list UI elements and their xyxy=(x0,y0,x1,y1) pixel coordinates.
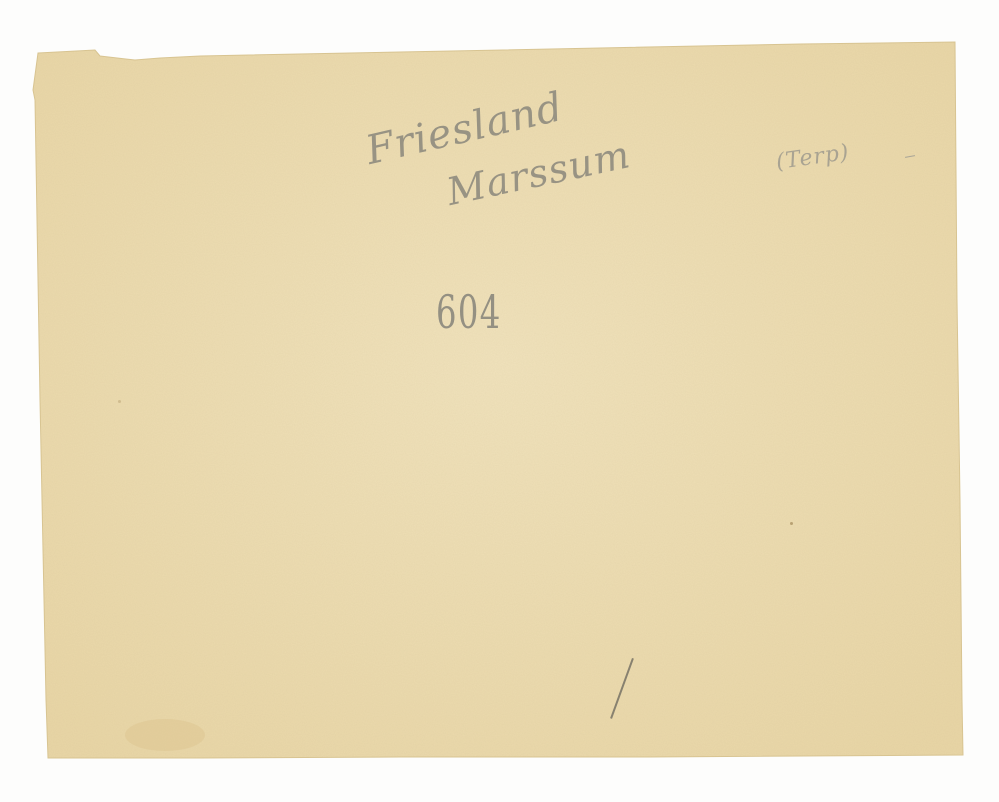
paper-spot xyxy=(118,400,121,403)
paper-spot xyxy=(790,522,793,525)
handwritten-number: 604 xyxy=(436,285,502,339)
